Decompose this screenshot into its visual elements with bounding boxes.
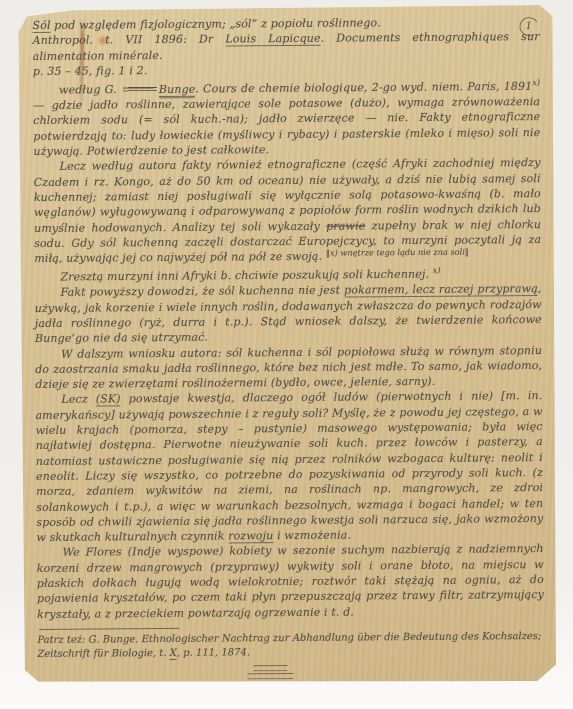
paragraph-4: Fakt powyższy dowodzi, że sól kuchenna n… [35, 281, 542, 346]
footnote-marker: x) [433, 266, 441, 275]
struck-word: prawie [326, 219, 365, 232]
reference-pre: Anthropol. t. VII 1896: Dr [33, 33, 226, 48]
paragraph-7: We Flores (Indje wyspowe) kobiety w sezo… [37, 541, 545, 621]
paragraph-1-text: — gdzie jadło roślinne, zawierające sole… [33, 95, 540, 158]
paragraph-1-text: . Cours de chemie biologique, 2-go wyd. … [195, 80, 532, 96]
paragraph-7-text: We Flores (Indje wyspowe) kobiety w sezo… [37, 542, 544, 620]
title-rest: pod względem fizjologicznym; „sól” z pop… [51, 16, 381, 32]
paragraph-4-text: Fakt powyższy dowodzi, że sól kuchenna n… [61, 284, 345, 299]
footnote-text-post: , p. 111, 1874. [177, 647, 250, 659]
title-underlined-word: Sól [32, 19, 50, 33]
footnote-separator-line [39, 628, 179, 630]
paragraph-6-text: i wzmożenia. [273, 529, 351, 543]
paragraph-1: według G. Bunge. Cours de chemie biologi… [33, 75, 541, 159]
paper-sheet: 1 Sól pod względem fizjologicznym; „sól”… [18, 5, 557, 685]
sk-initials-underlined: (SK) [96, 393, 121, 407]
paragraph-6: Lecz (SK) powstaje kwestja, dlaczego ogó… [35, 388, 543, 545]
reference-author: Louis Lapicque [225, 32, 320, 47]
author-name-underlined: Bunge [159, 83, 196, 97]
underlined-phrase: pokarmem, lecz raczej przyprawą [344, 282, 538, 298]
manuscript-content: Sól pod względem fizjologicznym; „sól” z… [18, 5, 557, 622]
footnote-text: Patrz też: G. Bunge. Ethnologischer Nach… [37, 630, 541, 661]
crossed-out-word [123, 85, 157, 93]
footnote-text-pre: Patrz też: G. Bunge. Ethnologischer Nach… [37, 631, 541, 659]
bibliographic-reference: Anthropol. t. VII 1896: Dr Louis Lapicqu… [33, 29, 540, 64]
scanned-manuscript-page: 1 Sól pod względem fizjologicznym; „sól”… [0, 0, 573, 709]
end-mark-double-line-bottom [248, 673, 294, 679]
paragraph-6-text: powstaje kwestja, dlaczego ogół ludów (p… [35, 389, 543, 544]
footnote: Patrz też: G. Bunge. Ethnologischer Nach… [37, 625, 541, 661]
end-mark-double-line-top [254, 665, 288, 671]
paragraph-5: W dalszym wniosku autora: sól kuchenna i… [35, 343, 542, 393]
paragraph-2: Lecz według autora fakty również etnogra… [34, 155, 542, 266]
paragraph-5-text: W dalszym wniosku autora: sól kuchenna i… [35, 344, 542, 392]
paragraph-6-text: Lecz [61, 393, 95, 406]
underlined-word: rozwoju [228, 529, 273, 543]
footnote-marker: x) [532, 78, 540, 87]
end-of-text-mark [24, 663, 518, 681]
interlinear-note: ‖x) wnętrze tego lądu nie zna soli‖ [326, 247, 469, 258]
paragraph-3-text: Zresztą murzyni inni Afryki b. chciwie p… [60, 268, 432, 284]
paragraph-1-text: według G. [59, 83, 121, 96]
